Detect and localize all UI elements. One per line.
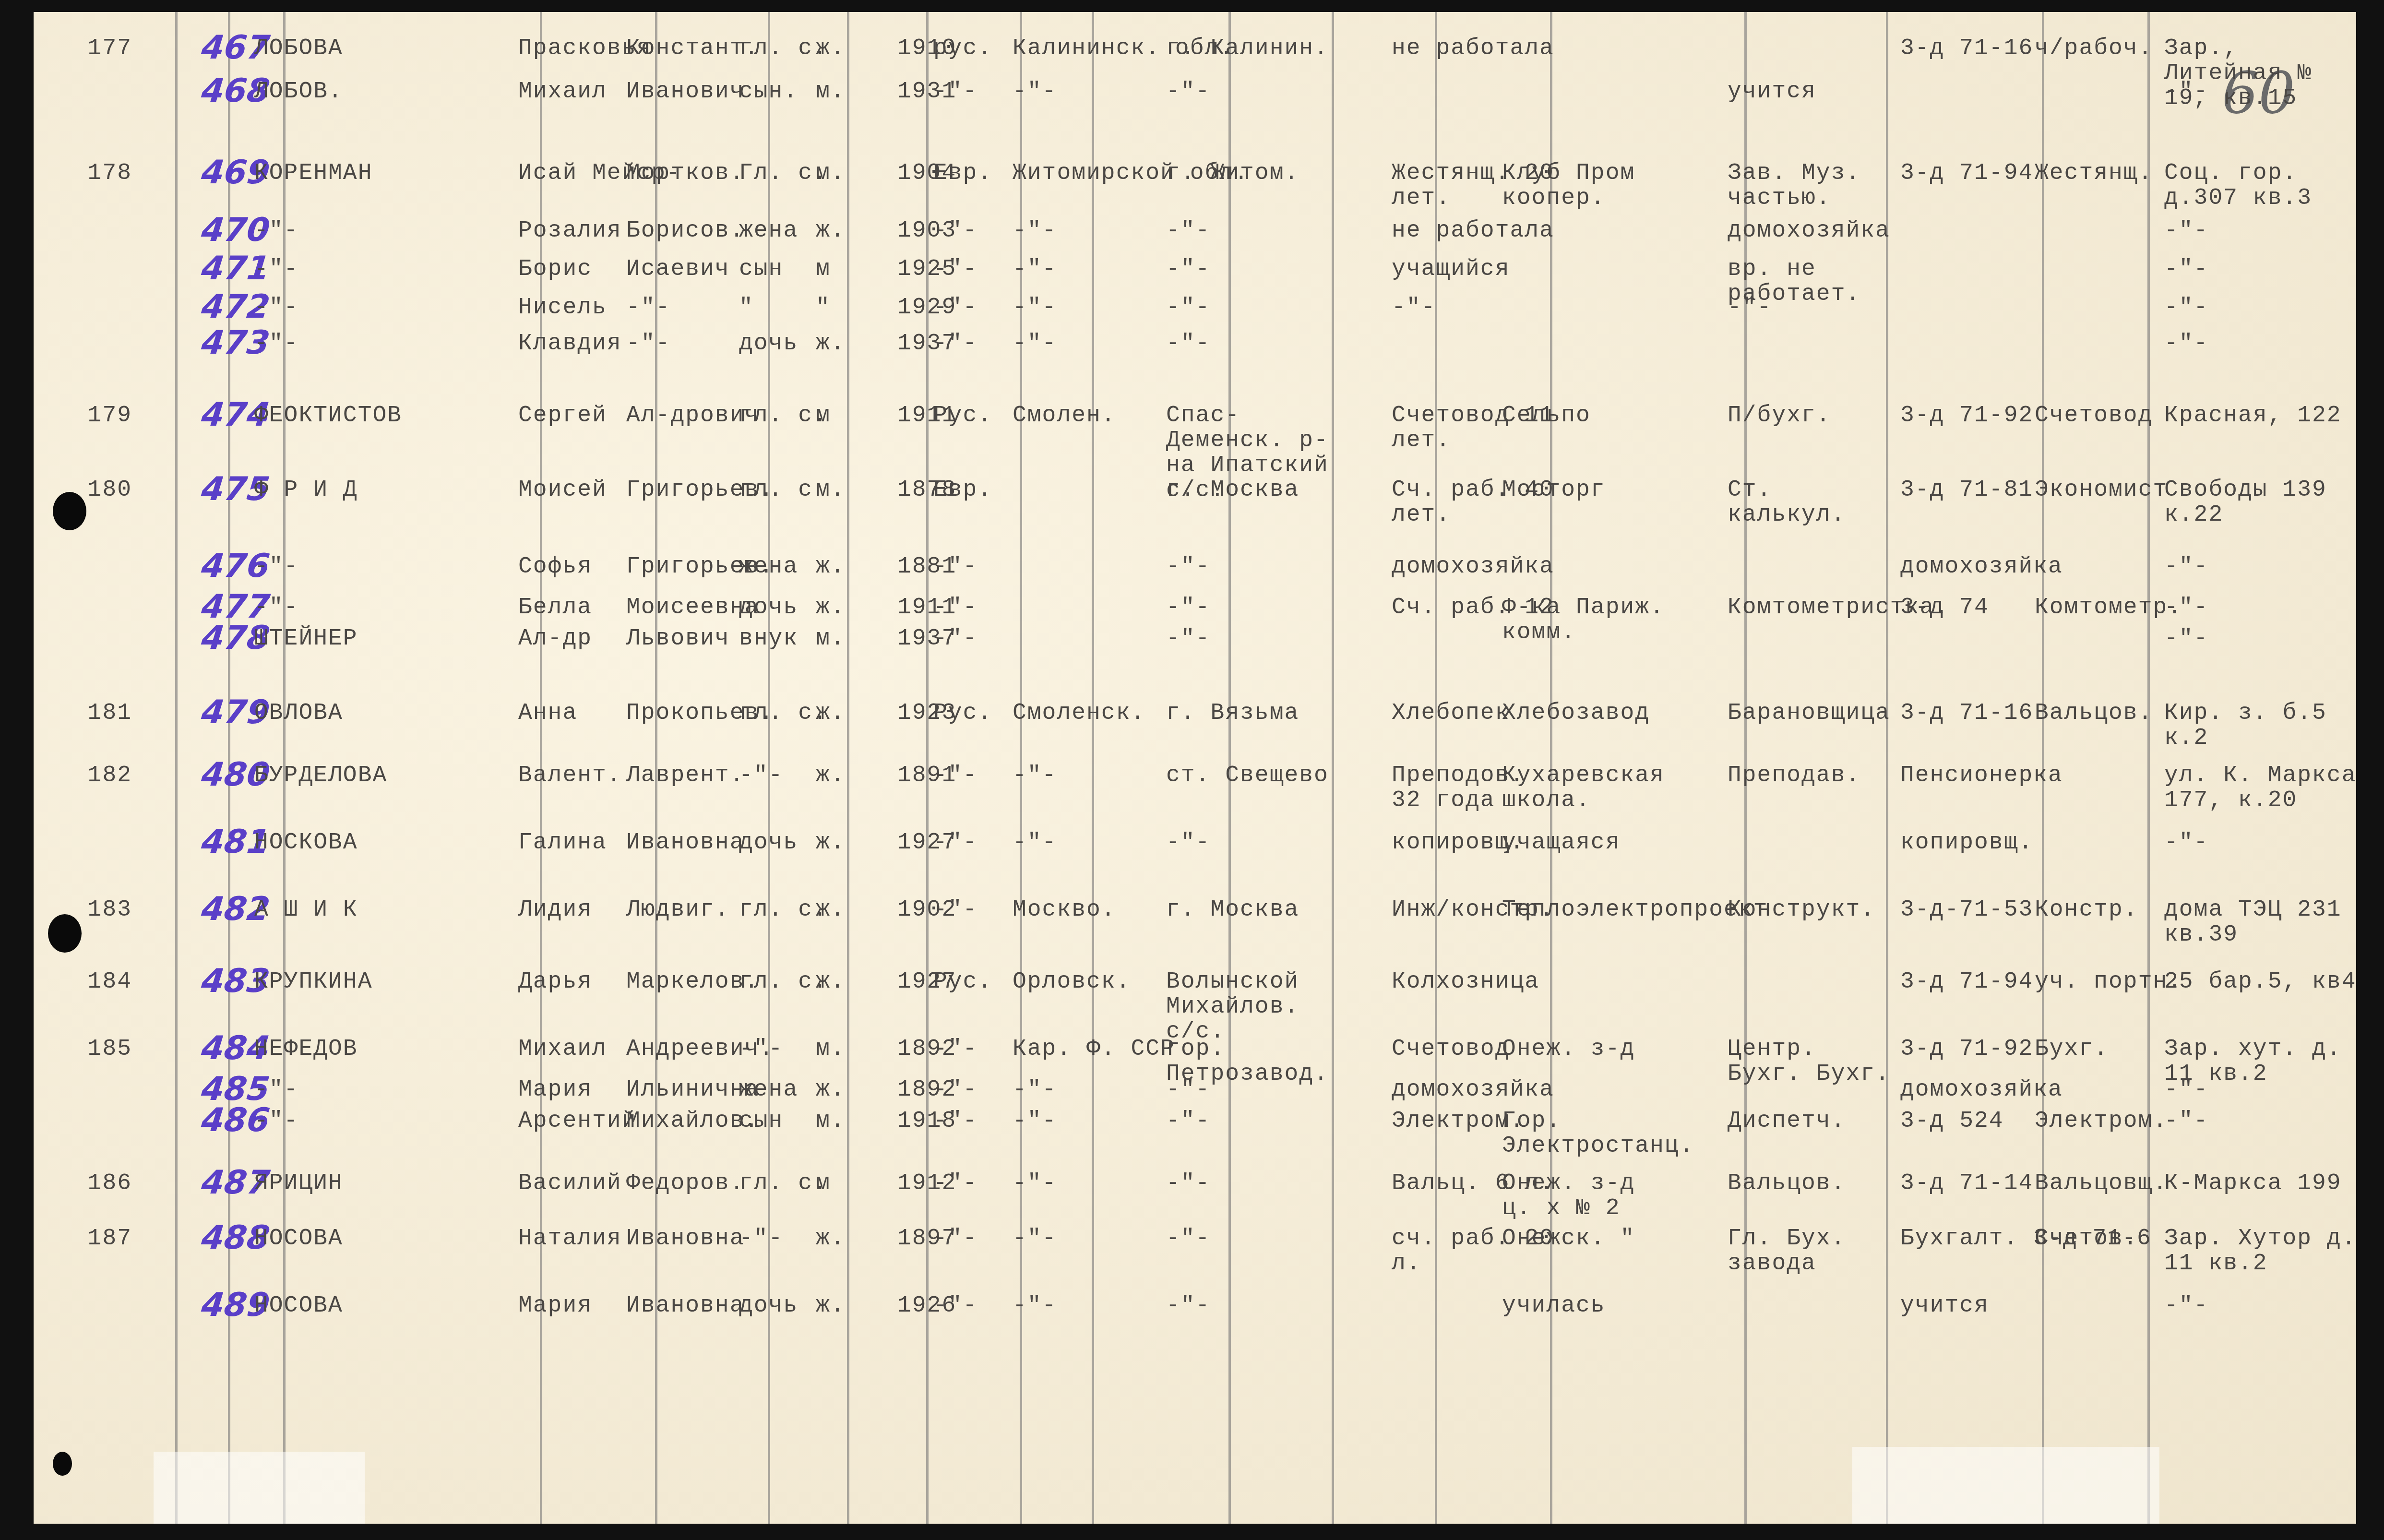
cell-patronymic: Лаврент.	[626, 763, 744, 788]
cell-name: Лидия	[518, 897, 592, 922]
cell-sex: "	[816, 295, 831, 320]
cell-work-exp: учащийся	[1392, 257, 1555, 282]
cell-surname: НОСОВА	[254, 1293, 343, 1318]
cell-name: Василий	[518, 1171, 622, 1196]
cell-sex: ж.	[816, 218, 846, 243]
cell-prof: Счетов.	[2035, 1226, 2138, 1251]
cell-name: Арсентий	[518, 1109, 636, 1134]
repair-tape	[154, 1452, 365, 1524]
cell-no: 183	[88, 897, 132, 922]
cell-name: Борис	[518, 257, 592, 282]
cell-position: Комтометристка.	[1728, 595, 1891, 620]
cell-sex: м.	[816, 1037, 846, 1062]
cell-position: Зав. Муз. частью.	[1728, 161, 1891, 211]
cell-birth-place: г. Калинин.	[1166, 36, 1329, 61]
cell-address: -"-	[2164, 554, 2371, 579]
cell-birth-place: -"-	[1166, 595, 1329, 620]
cell-address: -"-	[2164, 331, 2371, 356]
cell-address: Кир. з. б.5 к.2	[2164, 701, 2371, 751]
cell-surname: -"-	[254, 554, 298, 579]
cell-birth-region: -"-	[1013, 295, 1057, 320]
cell-name: Белла	[518, 595, 592, 620]
cell-name: Ал-др	[518, 626, 592, 651]
cell-prof: Вальцовщ.	[2035, 1171, 2168, 1196]
cell-sex: ж.	[816, 554, 846, 579]
cell-nat: -"-	[933, 763, 977, 788]
cell-phone: 3-д 71-16	[1900, 701, 2033, 726]
cell-surname: -"-	[254, 331, 298, 356]
cell-relation: дочь	[739, 595, 798, 620]
cell-workplace: Сельпо	[1502, 403, 1665, 428]
cell-relation: жена	[739, 1077, 798, 1102]
cell-birth-region: -"-	[1013, 830, 1057, 855]
cell-nat: Рус.	[933, 969, 992, 994]
cell-workplace: Кухаревская школа.	[1502, 763, 1665, 813]
cell-patronymic: Львович	[626, 626, 730, 651]
cell-birth-place: -"-	[1166, 295, 1329, 320]
cell-sex: ж.	[816, 1226, 846, 1251]
cell-birth-region: -"-	[1013, 1109, 1057, 1134]
cell-surname: -"-	[254, 1077, 298, 1102]
cell-nat: Рус.	[933, 403, 992, 428]
cell-position: домохозяйка	[1728, 218, 1891, 243]
cell-address: -"-	[2164, 295, 2371, 320]
cell-nat: -"-	[933, 1077, 977, 1102]
cell-address: -"-	[2164, 218, 2371, 243]
cell-sex: м	[816, 403, 831, 428]
cell-birth-place: -"-	[1166, 626, 1329, 651]
cell-address: 25 бар.5, кв4	[2164, 969, 2371, 994]
cell-workplace: учащаяся	[1502, 830, 1665, 855]
cell-surname: ЛОБОВ.	[254, 79, 343, 104]
cell-birth-place: ст. Свещево	[1166, 763, 1329, 788]
cell-work-exp: Колхозница	[1392, 969, 1555, 994]
cell-prof: Вальцов.	[2035, 701, 2153, 726]
cell-relation: дочь	[739, 331, 798, 356]
cell-birth-place: г. Москва	[1166, 897, 1329, 922]
cell-address: -"-	[2164, 830, 2371, 855]
cell-patronymic: Ивановна	[626, 1226, 744, 1251]
cell-work-exp: не работала	[1392, 36, 1555, 61]
cell-birth-place: -"-	[1166, 79, 1329, 104]
cell-no: 187	[88, 1226, 132, 1251]
cell-address: Зар. Хутор д. 11 кв.2	[2164, 1226, 2371, 1276]
cell-name: Моисей	[518, 478, 607, 502]
cell-workplace: Клуб Пром коопер.	[1502, 161, 1665, 211]
cell-prof: уч. портн.	[2035, 969, 2182, 994]
cell-work-exp: домохозяйка	[1392, 554, 1555, 579]
cell-phone: 3-д 71-81	[1900, 478, 2033, 502]
cell-name: Софья	[518, 554, 592, 579]
cell-patronymic: Мортков.	[626, 161, 744, 186]
cell-sex: м.	[816, 79, 846, 104]
cell-nat: Рус.	[933, 701, 992, 726]
cell-no: 181	[88, 701, 132, 726]
cell-phone: 3-д 71-94	[1900, 969, 2033, 994]
cell-phone: 3-д 71-92	[1900, 403, 2033, 428]
cell-sex: ж.	[816, 1293, 846, 1318]
cell-phone: 3-д 71-14	[1900, 1171, 2033, 1196]
cell-prof: Счетовод	[2035, 403, 2153, 428]
cell-birth-region: Смоленск.	[1013, 701, 1145, 726]
column-rule	[847, 12, 849, 1524]
cell-prof: Экономист	[2035, 478, 2168, 502]
cell-nat: -"-	[933, 1037, 977, 1062]
cell-birth-region: -"-	[1013, 257, 1057, 282]
cell-sex: ж.	[816, 1077, 846, 1102]
cell-phone: домохозяйка	[1900, 1077, 2063, 1102]
cell-sex: м	[816, 257, 831, 282]
cell-address: -"-	[2164, 1109, 2371, 1134]
cell-sex: ж.	[816, 763, 846, 788]
cell-no: 179	[88, 403, 132, 428]
cell-patronymic: Людвиг.	[626, 897, 730, 922]
cell-work-exp: -"-	[1392, 295, 1555, 320]
cell-sex: м.	[816, 478, 846, 502]
cell-relation: сын	[739, 257, 783, 282]
punch-hole	[53, 492, 86, 530]
cell-position: Конструкт.	[1728, 897, 1891, 922]
cell-name: Галина	[518, 830, 607, 855]
cell-sex: ж.	[816, 701, 846, 726]
cell-relation: гл. с	[739, 478, 813, 502]
cell-position: Барановщица	[1728, 701, 1891, 726]
cell-work-exp: домохозяйка	[1392, 1077, 1555, 1102]
cell-no: 184	[88, 969, 132, 994]
cell-position: -"-	[1728, 295, 1891, 320]
cell-prof: Бухг.	[2035, 1037, 2109, 1062]
cell-relation: гл. с.	[739, 897, 828, 922]
cell-relation: -"-	[739, 1037, 783, 1062]
cell-address: -"-	[2164, 626, 2371, 651]
cell-patronymic: -"-	[626, 295, 670, 320]
cell-phone: 3-д 71-92	[1900, 1037, 2033, 1062]
cell-nat: -"-	[933, 257, 977, 282]
cell-nat: -"-	[933, 331, 977, 356]
cell-name: Клавдия	[518, 331, 622, 356]
cell-patronymic: -"-	[626, 331, 670, 356]
cell-workplace: Онежск. "	[1502, 1226, 1665, 1251]
cell-phone: 3-д 74	[1900, 595, 1989, 620]
cell-position: Гл. Бух. завода	[1728, 1226, 1891, 1276]
cell-name: Валент.	[518, 763, 622, 788]
cell-surname: -"-	[254, 218, 298, 243]
cell-nat: -"-	[933, 626, 977, 651]
cell-birth-region: Кар. Ф. ССР	[1013, 1037, 1175, 1062]
cell-no: 178	[88, 161, 132, 186]
cell-birth-place: -"-	[1166, 257, 1329, 282]
cell-nat: -"-	[933, 830, 977, 855]
cell-phone: учится	[1900, 1293, 1989, 1318]
cell-position: Преподав.	[1728, 763, 1891, 788]
cell-phone: 3-д 71-16	[1900, 36, 2033, 61]
cell-phone: 3-д-71-53	[1900, 897, 2033, 922]
cell-sex: ж.	[816, 969, 846, 994]
cell-nat: -"-	[933, 554, 977, 579]
cell-patronymic: Федоров.	[626, 1171, 744, 1196]
cell-sex: ж.	[816, 36, 846, 61]
cell-birth-place: -"-	[1166, 331, 1329, 356]
cell-surname: ФЕОКТИСТОВ	[254, 403, 402, 428]
cell-patronymic: Ивановна	[626, 1293, 744, 1318]
cell-phone: домохозяйка	[1900, 554, 2063, 579]
cell-name: Мария	[518, 1293, 592, 1318]
column-rule	[2147, 12, 2150, 1524]
cell-relation: -"-	[739, 1226, 783, 1251]
cell-sex: ж.	[816, 595, 846, 620]
cell-name: Сергей	[518, 403, 607, 428]
cell-nat: -"-	[933, 1226, 977, 1251]
cell-prof: Жестянщ.	[2035, 161, 2153, 186]
cell-no: 182	[88, 763, 132, 788]
cell-position: Диспетч.	[1728, 1109, 1891, 1134]
cell-surname: КРУПКИНА	[254, 969, 372, 994]
cell-sex: ж.	[816, 331, 846, 356]
cell-birth-region: -"-	[1013, 1171, 1057, 1196]
cell-surname: НОСОВА	[254, 1226, 343, 1251]
cell-birth-place: г. Москва	[1166, 478, 1329, 502]
cell-relation: гл. с.	[739, 403, 828, 428]
cell-relation: "	[739, 295, 754, 320]
cell-birth-region: Смолен.	[1013, 403, 1116, 428]
cell-name: Михаил	[518, 1037, 607, 1062]
cell-patronymic: Борисов.	[626, 218, 744, 243]
cell-birth-place: г. Вязьма	[1166, 701, 1329, 726]
cell-surname: НЕФЕДОВ	[254, 1037, 358, 1062]
cell-prof: Электром.	[2035, 1109, 2168, 1134]
cell-patronymic: Исаевич	[626, 257, 730, 282]
cell-nat: Евр.	[933, 478, 992, 502]
cell-no: 185	[88, 1037, 132, 1062]
cell-name: Дарья	[518, 969, 592, 994]
cell-relation: жена	[739, 218, 798, 243]
punch-hole	[53, 1452, 72, 1476]
cell-birth-region: -"-	[1013, 763, 1057, 788]
cell-workplace: училась	[1502, 1293, 1665, 1318]
cell-birth-place: г. Житом.	[1166, 161, 1329, 186]
cell-address: -"-	[2164, 1077, 2371, 1102]
cell-birth-region: Москво.	[1013, 897, 1116, 922]
cell-position: Центр. Бухг. Бухг.	[1728, 1037, 1891, 1086]
cell-phone: 3-д 71-94	[1900, 161, 2033, 186]
cell-prof: ч/рабоч.	[2035, 36, 2153, 61]
cell-birth-place: Волынской Михайлов. с/с.	[1166, 969, 1329, 1044]
cell-name: Розалия	[518, 218, 622, 243]
cell-surname: ШТЕЙНЕР	[254, 626, 358, 651]
cell-phone: копировщ.	[1900, 830, 2033, 855]
cell-prof: Комтометр.	[2035, 595, 2182, 620]
cell-nat: -"-	[933, 218, 977, 243]
cell-no: 180	[88, 478, 132, 502]
cell-birth-region: -"-	[1013, 1293, 1057, 1318]
cell-surname: -"-	[254, 257, 298, 282]
cell-nat: -"-	[933, 897, 977, 922]
cell-sex: м.	[816, 161, 846, 186]
cell-address: дома ТЭЦ 231 кв.39	[2164, 897, 2371, 947]
cell-birth-region: -"-	[1013, 79, 1057, 104]
cell-address: Соц. гор. д.307 кв.3	[2164, 161, 2371, 211]
cell-birth-place: -"-	[1166, 218, 1329, 243]
cell-patronymic: Иванович	[626, 79, 744, 104]
repair-tape	[1852, 1447, 2159, 1524]
cell-name: Нисель	[518, 295, 607, 320]
cell-birth-place: -"-	[1166, 1293, 1329, 1318]
cell-surname: -"-	[254, 295, 298, 320]
cell-address: ул. К. Маркса 177, к.20	[2164, 763, 2371, 813]
cell-birth-place: -"-	[1166, 1077, 1329, 1102]
cell-relation: внук	[739, 626, 798, 651]
cell-address: -"-	[2164, 79, 2371, 104]
cell-birth-region: -"-	[1013, 331, 1057, 356]
cell-workplace: Онеж. з-д ц. х № 2	[1502, 1171, 1665, 1221]
cell-relation: сын	[739, 1109, 783, 1134]
cell-birth-region: -"-	[1013, 1226, 1057, 1251]
cell-nat: Евр.	[933, 161, 992, 186]
cell-prof: Констр.	[2035, 897, 2138, 922]
cell-address: К-Маркса 199	[2164, 1171, 2371, 1196]
cell-relation: Гл. с.	[739, 161, 828, 186]
cell-no: 177	[88, 36, 132, 61]
column-rule	[1092, 12, 1094, 1524]
cell-surname: КОРЕНМАН	[254, 161, 372, 186]
cell-birth-place: -"-	[1166, 1109, 1329, 1134]
cell-surname: ЛОБОВА	[254, 36, 343, 61]
cell-nat: -"-	[933, 295, 977, 320]
cell-surname: БУРДЕЛОВА	[254, 763, 387, 788]
cell-nat: рус.	[933, 36, 992, 61]
column-rule	[1332, 12, 1334, 1524]
cell-address: -"-	[2164, 595, 2371, 620]
cell-relation: гл. с.	[739, 701, 828, 726]
cell-relation: дочь	[739, 830, 798, 855]
cell-birth-place: -"-	[1166, 1226, 1329, 1251]
cell-relation: гл. с.	[739, 1171, 828, 1196]
cell-workplace: Мосторг	[1502, 478, 1665, 502]
cell-no: 186	[88, 1171, 132, 1196]
cell-birth-place: -"-	[1166, 554, 1329, 579]
cell-workplace: Гор. Электростанц.	[1502, 1109, 1665, 1158]
cell-address: -"-	[2164, 1293, 2371, 1318]
column-rule	[175, 12, 178, 1524]
cell-address: Свободы 139 к.22	[2164, 478, 2371, 527]
cell-address: -"-	[2164, 257, 2371, 282]
cell-position: Вальцов.	[1728, 1171, 1891, 1196]
cell-workplace: Онеж. з-д	[1502, 1037, 1665, 1062]
cell-surname: НОСКОВА	[254, 830, 358, 855]
punch-hole	[48, 914, 82, 953]
cell-phone: 3-д 524	[1900, 1109, 2004, 1134]
cell-name: Мария	[518, 1077, 592, 1102]
cell-nat: -"-	[933, 79, 977, 104]
cell-patronymic: Ивановна	[626, 830, 744, 855]
cell-name: Михаил	[518, 79, 607, 104]
cell-sex: м.	[816, 626, 846, 651]
cell-sex: м	[816, 1171, 831, 1196]
cell-phone: Пенсионерка	[1900, 763, 2063, 788]
cell-relation: дочь	[739, 1293, 798, 1318]
cell-position: П/бухг.	[1728, 403, 1891, 428]
cell-sex: ж.	[816, 830, 846, 855]
cell-relation: гл. с.	[739, 36, 828, 61]
cell-surname: А Ш И К	[254, 897, 358, 922]
cell-relation: жена	[739, 554, 798, 579]
cell-relation: сын.	[739, 79, 798, 104]
cell-work-exp: не работала	[1392, 218, 1555, 243]
cell-nat: -"-	[933, 595, 977, 620]
cell-birth-region: Орловск.	[1013, 969, 1131, 994]
cell-nat: -"-	[933, 1171, 977, 1196]
cell-workplace: Теплоэлектропроект	[1502, 897, 1665, 922]
cell-nat: -"-	[933, 1109, 977, 1134]
cell-position: Ст. калькул.	[1728, 478, 1891, 527]
cell-birth-region: -"-	[1013, 218, 1057, 243]
cell-relation: -"-	[739, 763, 783, 788]
cell-surname: Ф Р И Д	[254, 478, 358, 502]
cell-address: Красная, 122	[2164, 403, 2371, 428]
cell-sex: ж.	[816, 897, 846, 922]
cell-surname: -"-	[254, 595, 298, 620]
cell-position: учится	[1728, 79, 1891, 104]
cell-name: Наталия	[518, 1226, 622, 1251]
cell-birth-region: -"-	[1013, 1077, 1057, 1102]
cell-sex: м.	[816, 1109, 846, 1134]
cell-relation: гл. с.	[739, 969, 828, 994]
cell-birth-place: -"-	[1166, 1171, 1329, 1196]
cell-workplace: Хлебозавод	[1502, 701, 1665, 726]
cell-nat: -"-	[933, 1293, 977, 1318]
cell-surname: ЯРИЦИН	[254, 1171, 343, 1196]
cell-workplace: Ф-ка Париж. комм.	[1502, 595, 1665, 645]
cell-surname: -"-	[254, 1109, 298, 1134]
cell-surname: ОВЛОВА	[254, 701, 343, 726]
cell-name: Анна	[518, 701, 577, 726]
cell-birth-place: -"-	[1166, 830, 1329, 855]
